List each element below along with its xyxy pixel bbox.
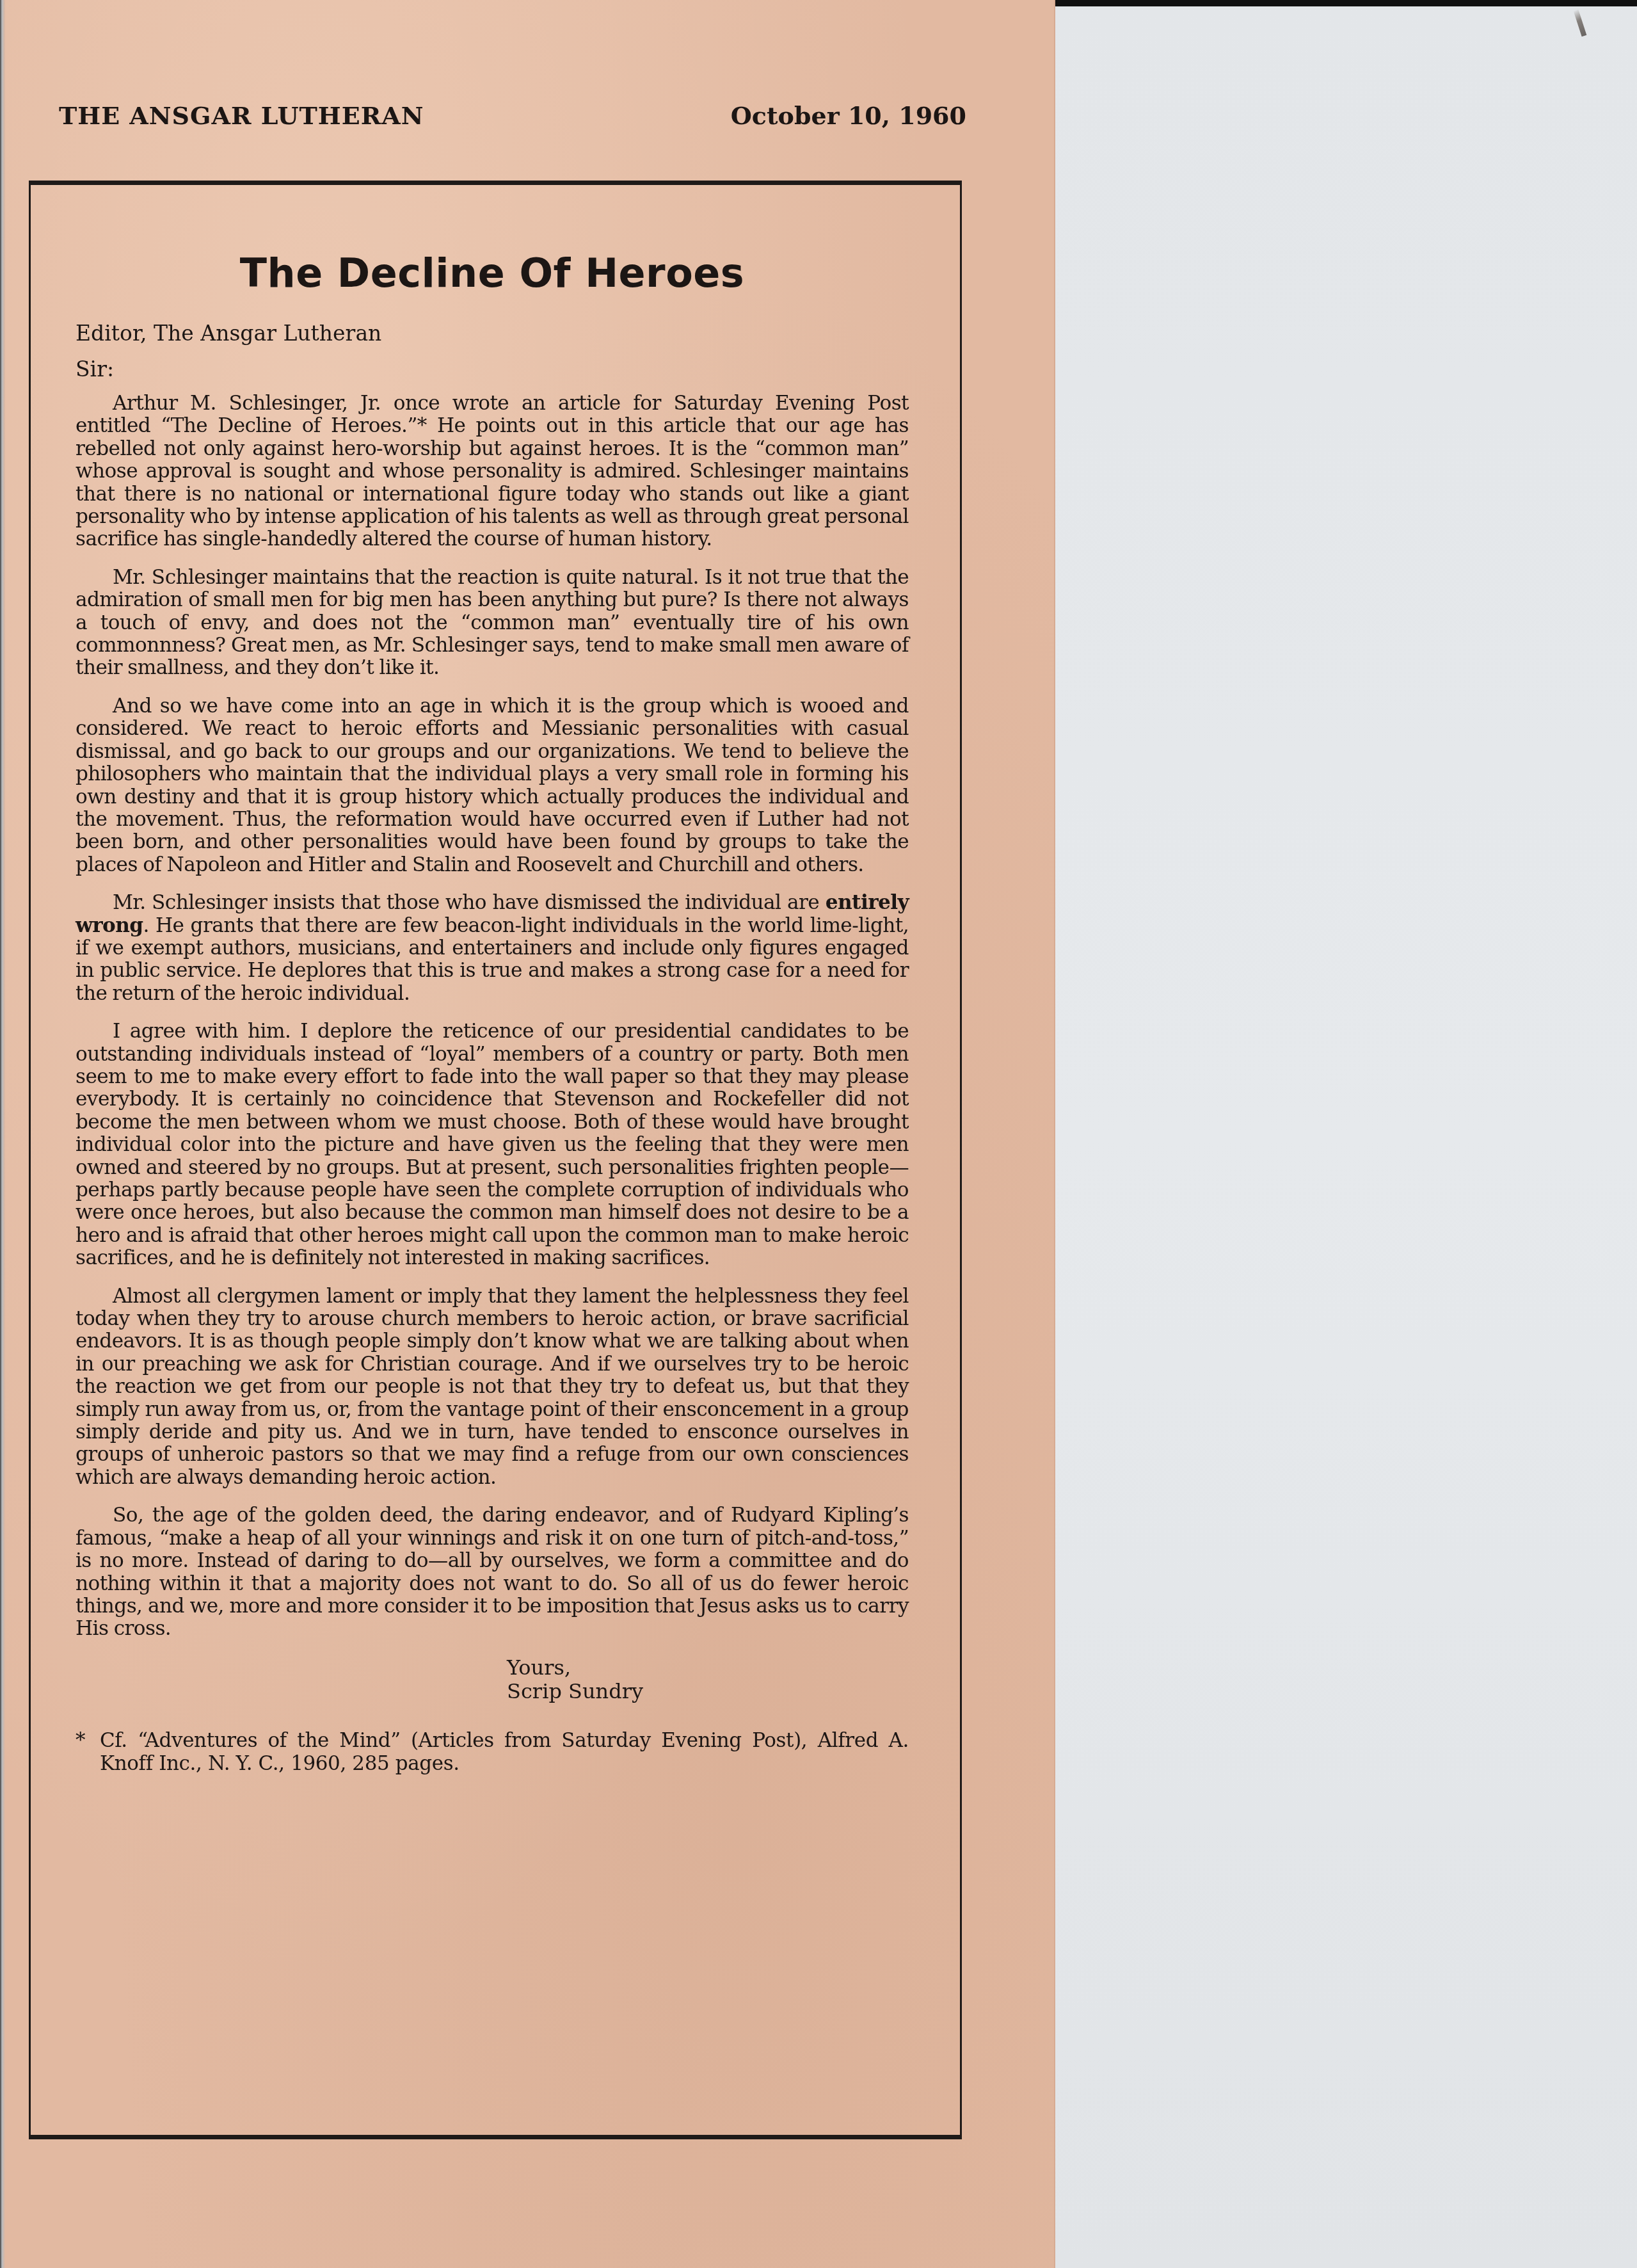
addressee: Editor, The Ansgar Lutheran [76, 321, 909, 346]
paragraph: So, the age of the golden deed, the dari… [76, 1504, 909, 1640]
scanner-bed [1050, 6, 1637, 2268]
paragraph-text: . He grants that there are few beacon-li… [76, 914, 909, 1005]
footnote: *Cf. “Adventures of the Mind” (Articles … [76, 1729, 909, 1775]
masthead: THE ANSGAR LUTHERAN October 10, 1960 [59, 101, 966, 130]
paragraph-text: Mr. Schlesinger insists that those who h… [113, 891, 826, 914]
salutation: Sir: [76, 357, 909, 382]
publication-name: THE ANSGAR LUTHERAN [59, 101, 424, 130]
signoff: Yours, Scrip Sundry [507, 1656, 909, 1703]
paragraph: Arthur M. Schlesinger, Jr. once wrote an… [76, 392, 909, 551]
paper-edge [0, 0, 5, 2268]
paragraph: And so we have come into an age in which… [76, 695, 909, 876]
paragraph: I agree with him. I deplore the reticenc… [76, 1020, 909, 1269]
paragraph: Mr. Schlesinger insists that those who h… [76, 892, 909, 1005]
publication-date: October 10, 1960 [731, 101, 966, 130]
footnote-text: Cf. “Adventures of the Mind” (Articles f… [100, 1729, 909, 1775]
paragraph: Mr. Schlesinger maintains that the react… [76, 567, 909, 680]
letter-to-editor: The Decline Of Heroes Editor, The Ansgar… [76, 250, 909, 1775]
closing: Yours, [507, 1656, 909, 1680]
newspaper-clipping: THE ANSGAR LUTHERAN October 10, 1960 The… [0, 0, 1055, 2268]
scanner-lid-edge [1050, 0, 1637, 6]
paragraph: Almost all clergymen lament or imply tha… [76, 1285, 909, 1490]
footnote-asterisk: * [76, 1729, 100, 1752]
article-title: The Decline Of Heroes [76, 250, 909, 296]
signature: Scrip Sundry [507, 1680, 909, 1703]
